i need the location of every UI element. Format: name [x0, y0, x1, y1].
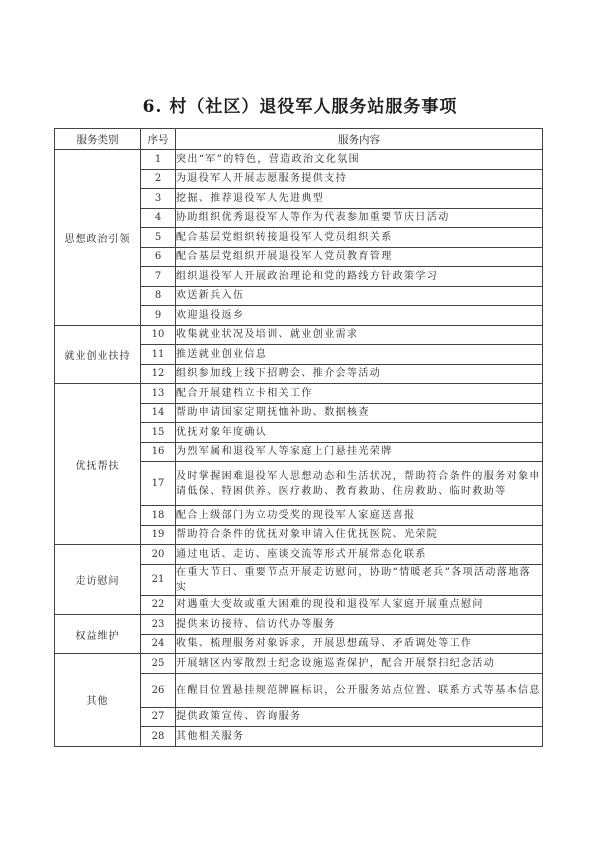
item-number: 1	[141, 150, 176, 170]
item-number: 6	[141, 247, 176, 267]
header-category: 服务类别	[55, 129, 141, 150]
item-number: 13	[141, 384, 176, 404]
item-content: 突出“军”的特色，营造政治文化氛围	[176, 150, 543, 170]
item-number: 28	[141, 727, 176, 747]
item-number: 4	[141, 208, 176, 228]
header-content: 服务内容	[176, 129, 543, 150]
item-content: 为烈军属和退役军人等家庭上门悬挂光荣牌	[176, 442, 543, 462]
item-number: 9	[141, 306, 176, 326]
category-cell: 思想政治引领	[55, 150, 141, 326]
item-number: 21	[141, 564, 176, 595]
item-number: 8	[141, 286, 176, 306]
item-number: 5	[141, 228, 176, 248]
table-row: 走访慰问 20 通过电话、走访、座谈交流等形式开展常态化联系	[55, 545, 543, 565]
item-content: 在重大节日、重要节点开展走访慰问，协助“情暖老兵”各项活动落地落实	[176, 564, 543, 595]
item-content: 配合基层党组织转接退役军人党员组织关系	[176, 228, 543, 248]
header-number: 序号	[141, 129, 176, 150]
service-items-table: 服务类别 序号 服务内容 思想政治引领 1 突出“军”的特色，营造政治文化氛围 …	[54, 128, 543, 747]
item-number: 16	[141, 442, 176, 462]
item-content: 组织退役军人开展政治理论和党的路线方针政策学习	[176, 267, 543, 287]
item-number: 22	[141, 595, 176, 615]
item-content: 在醒目位置悬挂规范牌匾标识，公开服务站点位置、联系方式等基本信息	[176, 673, 543, 707]
table-row: 思想政治引领 1 突出“军”的特色，营造政治文化氛围	[55, 150, 543, 170]
item-number: 14	[141, 403, 176, 423]
item-content: 协助组织优秀退役军人等作为代表参加重要节庆日活动	[176, 208, 543, 228]
category-cell: 走访慰问	[55, 545, 141, 615]
table-row: 其他 25 开展辖区内零散烈士纪念设施巡查保护，配合开展祭扫纪念活动	[55, 654, 543, 674]
table-row: 优抚帮扶 13 配合开展建档立卡相关工作	[55, 384, 543, 404]
item-number: 15	[141, 423, 176, 443]
item-content: 其他相关服务	[176, 727, 543, 747]
item-number: 19	[141, 525, 176, 545]
category-cell: 优抚帮扶	[55, 384, 141, 545]
category-cell: 权益维护	[55, 615, 141, 654]
item-number: 25	[141, 654, 176, 674]
item-number: 27	[141, 707, 176, 727]
item-content: 推送就业创业信息	[176, 345, 543, 365]
item-number: 3	[141, 189, 176, 209]
item-content: 欢送新兵入伍	[176, 286, 543, 306]
item-number: 18	[141, 506, 176, 526]
table-header-row: 服务类别 序号 服务内容	[55, 129, 543, 150]
item-content: 优抚对象年度确认	[176, 423, 543, 443]
table-row: 就业创业扶持 10 收集就业状况及培训、就业创业需求	[55, 325, 543, 345]
item-content: 开展辖区内零散烈士纪念设施巡查保护，配合开展祭扫纪念活动	[176, 654, 543, 674]
category-cell: 就业创业扶持	[55, 325, 141, 384]
item-content: 收集就业状况及培训、就业创业需求	[176, 325, 543, 345]
item-content: 配合上级部门为立功受奖的现役军人家庭送喜报	[176, 506, 543, 526]
item-content: 组织参加线上线下招聘会、推介会等活动	[176, 364, 543, 384]
item-content: 及时掌握困难退役军人思想动态和生活状况，帮助符合条件的服务对象申请低保、特困供养…	[176, 462, 543, 506]
item-content: 帮助符合条件的优抚对象申请入住优抚医院、光荣院	[176, 525, 543, 545]
category-cell: 其他	[55, 654, 141, 747]
item-content: 欢迎退役返乡	[176, 306, 543, 326]
item-content: 通过电话、走访、座谈交流等形式开展常态化联系	[176, 545, 543, 565]
item-number: 20	[141, 545, 176, 565]
item-number: 2	[141, 169, 176, 189]
item-content: 帮助申请国家定期抚恤补助、数据核查	[176, 403, 543, 423]
item-number: 10	[141, 325, 176, 345]
item-number: 7	[141, 267, 176, 287]
item-content: 提供来访接待、信访代办等服务	[176, 615, 543, 635]
item-content: 挖掘、推荐退役军人先进典型	[176, 189, 543, 209]
item-number: 11	[141, 345, 176, 365]
document-title: 6. 村（社区）退役军人服务站服务事项	[0, 92, 600, 117]
item-content: 配合基层党组织开展退役军人党员教育管理	[176, 247, 543, 267]
item-content: 配合开展建档立卡相关工作	[176, 384, 543, 404]
item-number: 12	[141, 364, 176, 384]
item-number: 24	[141, 634, 176, 654]
item-content: 对遇重大变故或重大困难的现役和退役军人家庭开展重点慰问	[176, 595, 543, 615]
item-content: 提供政策宣传、咨询服务	[176, 707, 543, 727]
item-content: 为退役军人开展志愿服务提供支持	[176, 169, 543, 189]
item-number: 23	[141, 615, 176, 635]
item-number: 26	[141, 673, 176, 707]
item-content: 收集、梳理服务对象诉求，开展思想疏导、矛盾调处等工作	[176, 634, 543, 654]
item-number: 17	[141, 462, 176, 506]
table-row: 权益维护 23 提供来访接待、信访代办等服务	[55, 615, 543, 635]
